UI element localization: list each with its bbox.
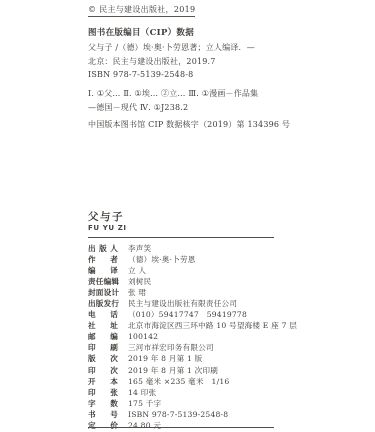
colophon-label: 出版人 <box>88 243 118 254</box>
colophon-label: 书号 <box>88 409 118 420</box>
colophon-row-author: 作者（德）埃·奥·卜劳恩 <box>88 254 297 265</box>
colophon-label: 印张 <box>88 387 118 398</box>
colophon-label: 版次 <box>88 353 118 364</box>
colophon-value: 三河市祥宏印务有限公司 <box>128 342 214 353</box>
cip-class-line-1: Ⅰ. ①父… Ⅱ. ①埃… ②立… Ⅲ. ①漫画－作品集 <box>88 87 258 101</box>
colophon-value: 24.80 元 <box>128 420 161 431</box>
colophon-row-isbn: 书号ISBN 978-7-5139-2548-8 <box>88 409 297 420</box>
colophon-row-postcode: 邮编100142 <box>88 331 297 342</box>
colophon-row-edition: 版次2019 年 8 月第 1 版 <box>88 353 297 364</box>
cip-classification: Ⅰ. ①父… Ⅱ. ①埃… ②立… Ⅲ. ①漫画－作品集 —德国－现代 Ⅳ. ①… <box>88 87 258 114</box>
colophon-row-word-count: 字数175 千字 <box>88 398 297 409</box>
book-copyright-page: © 民主与建设出版社，2019 图书在版编目（CIP）数据 父与子 /（德）埃·… <box>0 0 375 432</box>
colophon-value: 2019 年 8 月第 1 版 <box>128 353 202 364</box>
colophon-label: 责任编辑 <box>88 276 118 287</box>
colophon-row-address: 社址北京市海淀区西三环中路 10 号望海楼 E 座 7 层 <box>88 320 297 331</box>
colophon-value: 14 印张 <box>128 387 156 398</box>
colophon-value: ISBN 978-7-5139-2548-8 <box>128 409 228 420</box>
colophon-value: 2019 年 8 月第 1 次印刷 <box>128 365 218 376</box>
colophon-row-printer: 印刷三河市祥宏印务有限公司 <box>88 342 297 353</box>
cip-line-isbn: ISBN 978-7-5139-2548-8 <box>88 68 255 82</box>
cip-line-publisher: 北京：民主与建设出版社，2019.7 <box>88 55 255 69</box>
colophon-label: 社址 <box>88 320 118 331</box>
colophon-value: 民主与建设出版社有限责任公司 <box>128 298 237 309</box>
colophon-value: （010）59417747 59419778 <box>128 309 247 320</box>
colophon-label: 邮编 <box>88 331 118 342</box>
colophon-label: 字数 <box>88 398 118 409</box>
colophon-value: （德）埃·奥·卜劳恩 <box>128 254 196 265</box>
colophon-row-publisher-person: 出版人李声笑 <box>88 243 297 254</box>
copyright-line: © 民主与建设出版社，2019 <box>88 4 195 17</box>
colophon-row-impression: 印次2019 年 8 月第 1 次印刷 <box>88 365 297 376</box>
colophon-label: 定价 <box>88 420 118 431</box>
colophon-row-editor: 责任编辑刘树民 <box>88 276 297 287</box>
cip-heading: 图书在版编目（CIP）数据 <box>88 26 194 38</box>
colophon-row-phone: 电话（010）59417747 59419778 <box>88 309 297 320</box>
colophon-label: 印刷 <box>88 342 118 353</box>
colophon-label: 开本 <box>88 376 118 387</box>
cip-line-title: 父与子 /（德）埃·奥·卜劳恩著；立人编译．— <box>88 41 255 55</box>
colophon-value: 李声笑 <box>128 243 151 254</box>
colophon-label: 编译 <box>88 265 118 276</box>
colophon-label: 印次 <box>88 365 118 376</box>
colophon-value: 立 人 <box>128 265 146 276</box>
colophon-value: 刘树民 <box>128 276 151 287</box>
colophon-value: 100142 <box>128 331 158 342</box>
divider-bottom <box>88 427 274 428</box>
colophon-row-translator: 编译立 人 <box>88 265 297 276</box>
colophon-row-sheets: 印张14 印张 <box>88 387 297 398</box>
cip-description: 父与子 /（德）埃·奥·卜劳恩著；立人编译．— 北京：民主与建设出版社，2019… <box>88 41 255 82</box>
colophon-row-price: 定价24.80 元 <box>88 420 297 431</box>
colophon-table: 出版人李声笑 作者（德）埃·奥·卜劳恩 编译立 人 责任编辑刘树民 封面设计张 … <box>88 243 297 431</box>
colophon-value: 165 毫米 ×235 毫米 1/16 <box>128 376 229 387</box>
colophon-row-publisher: 出版发行民主与建设出版社有限责任公司 <box>88 298 297 309</box>
colophon-label: 封面设计 <box>88 287 118 298</box>
colophon-value: 张 珺 <box>128 287 146 298</box>
book-title-pinyin: FU YU ZI <box>88 224 127 232</box>
colophon-row-cover-design: 封面设计张 珺 <box>88 287 297 298</box>
cip-record-number: 中国版本图书馆 CIP 数据核字（2019）第 134396 号 <box>88 119 290 130</box>
colophon-row-format: 开本165 毫米 ×235 毫米 1/16 <box>88 376 297 387</box>
colophon-label: 出版发行 <box>88 298 118 309</box>
colophon-label: 作者 <box>88 254 118 265</box>
book-title: 父与子 <box>88 209 124 224</box>
divider-top <box>88 237 274 238</box>
cip-class-line-2: —德国－现代 Ⅳ. ①J238.2 <box>88 101 258 115</box>
colophon-value: 175 千字 <box>128 398 161 409</box>
colophon-label: 电话 <box>88 309 118 320</box>
colophon-value: 北京市海淀区西三环中路 10 号望海楼 E 座 7 层 <box>128 320 297 331</box>
